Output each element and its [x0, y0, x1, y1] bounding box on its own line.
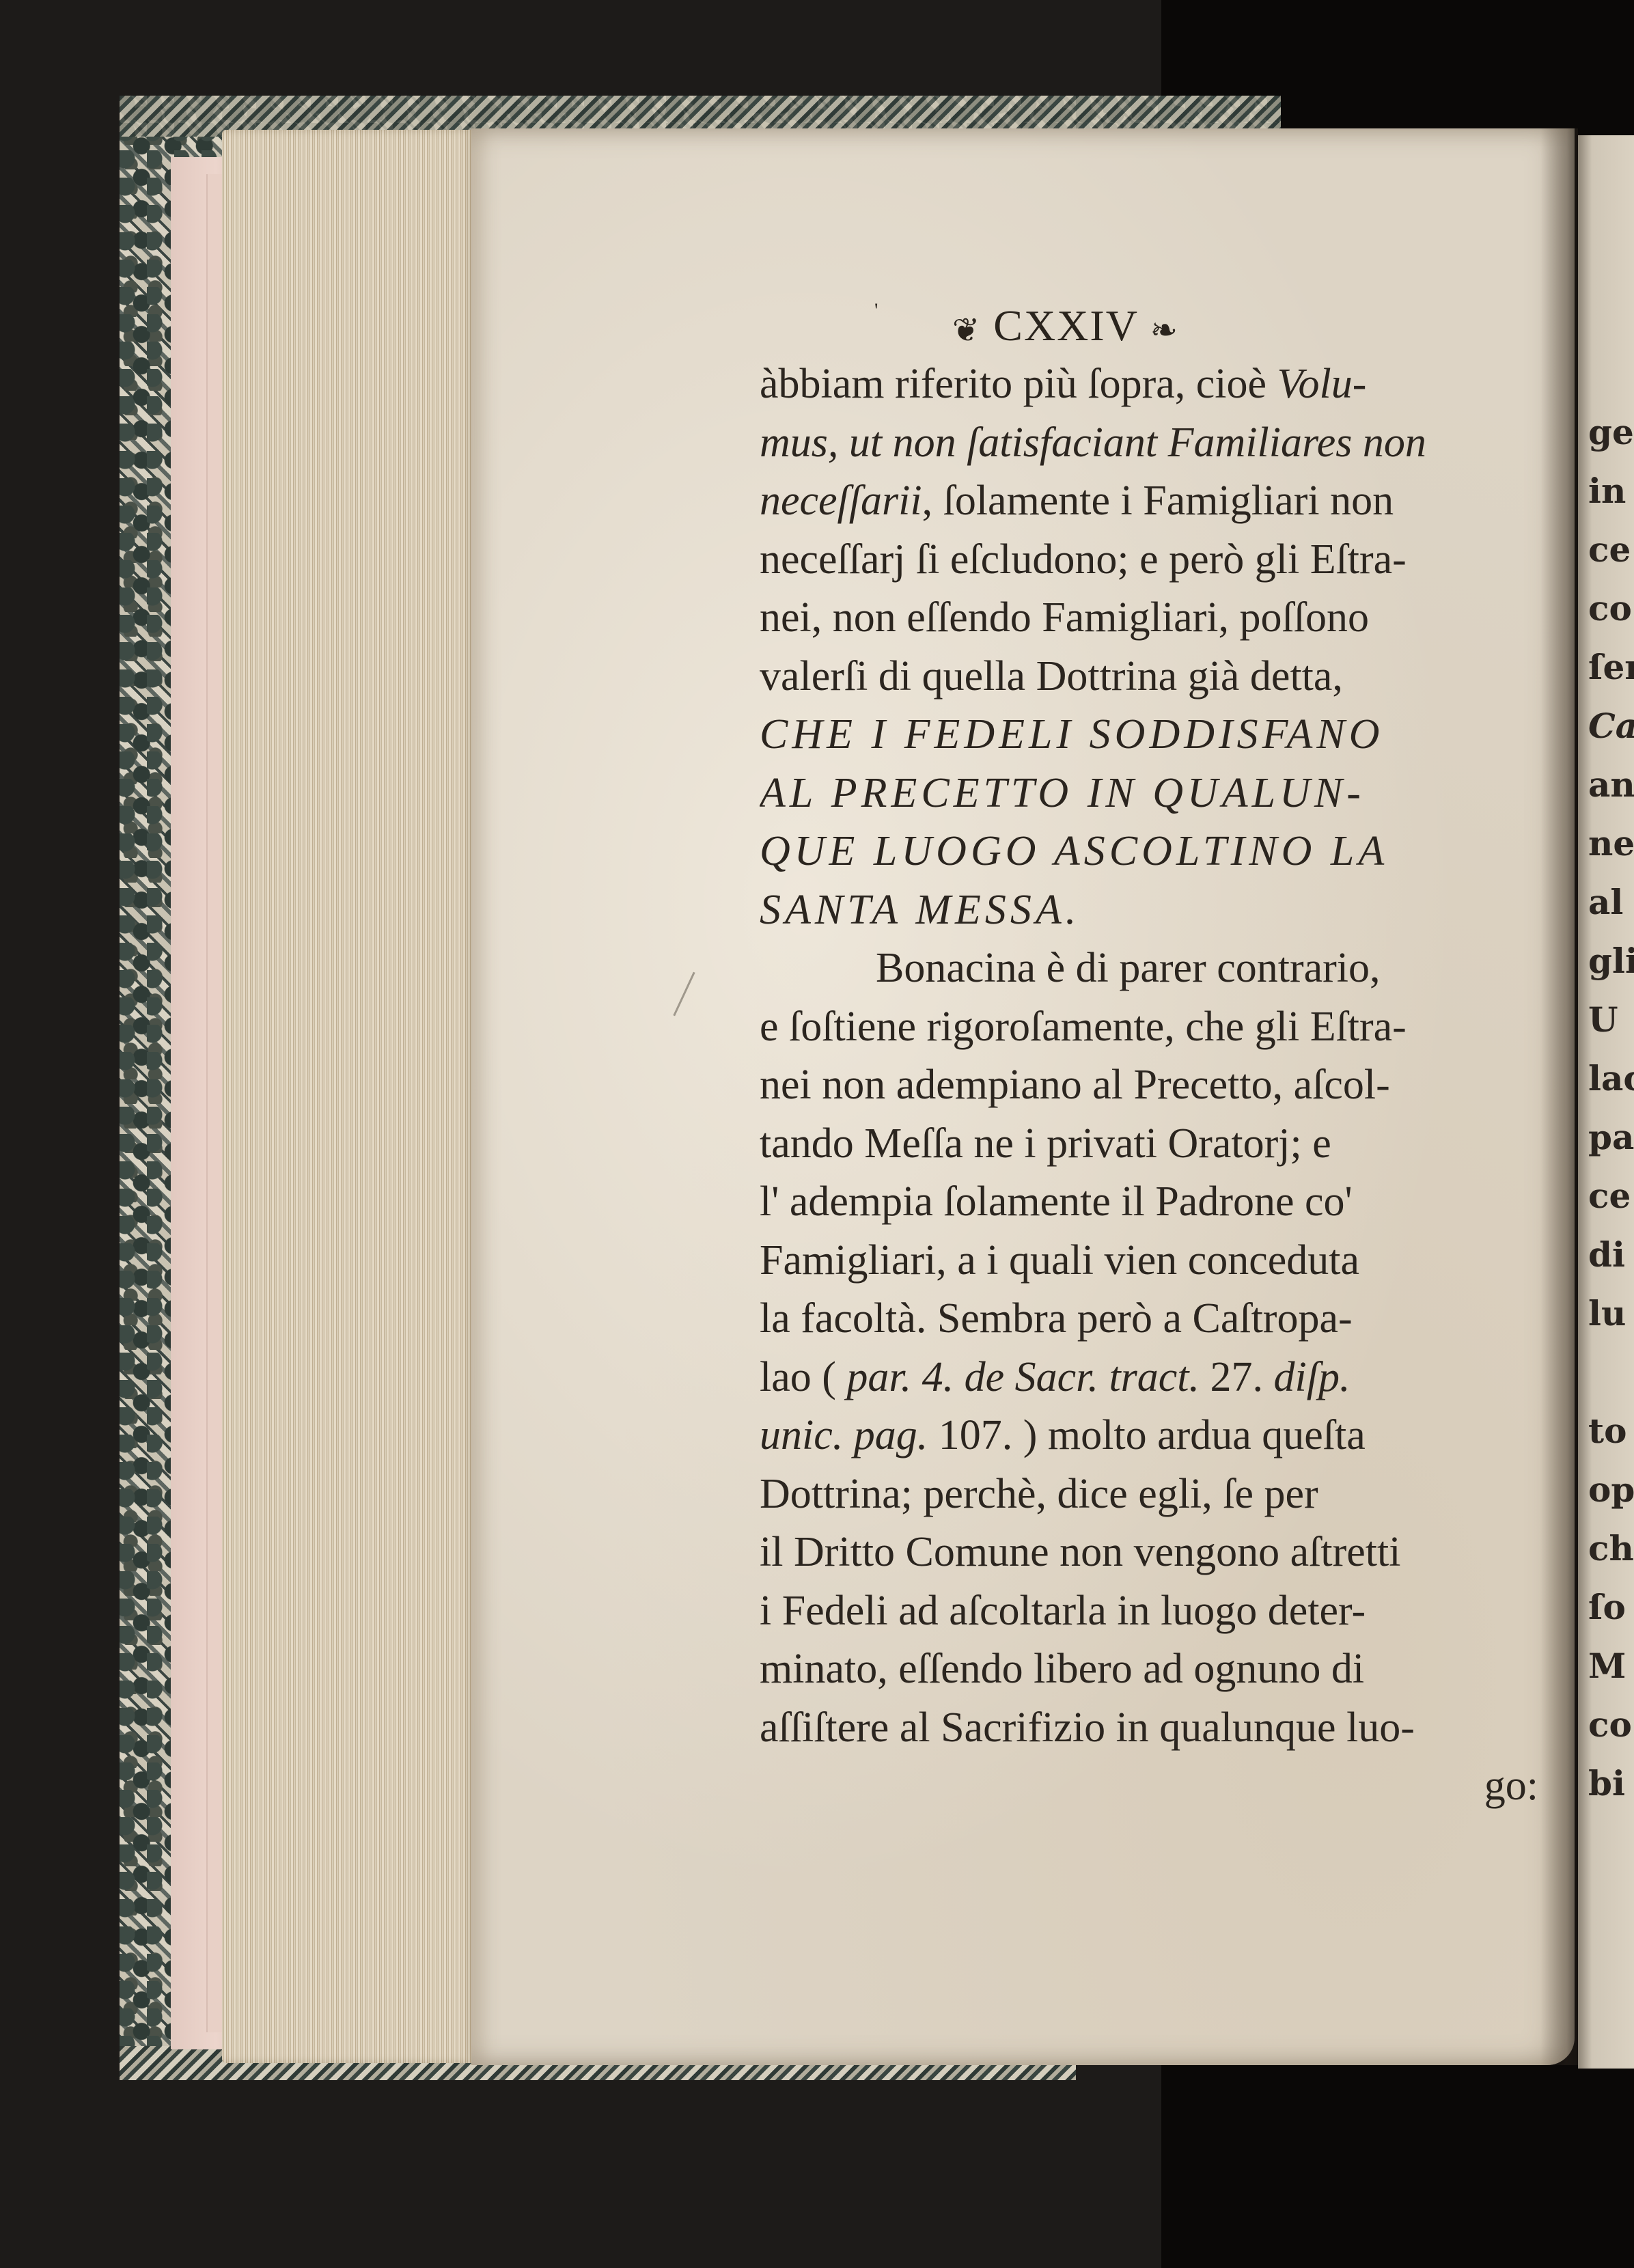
printer-mark: ': [874, 299, 879, 322]
text-line: minato, eſſendo libero ad ognuno di: [760, 1640, 1566, 1699]
text-line: aſſiſtere al Sacrifizio in qualunque luo…: [760, 1699, 1566, 1758]
text-line: e ſoſtiene rigoroſamente, che gli Eſtra-: [760, 998, 1566, 1057]
body-text: àbbiam riferito più ſopra, cioè Volu- mu…: [760, 355, 1566, 1816]
text-line: il Dritto Comune non vengono aſtretti: [760, 1523, 1566, 1582]
facing-page-text: ge in ce co ſer Ca an nei al gli U lac p…: [1588, 403, 1634, 1813]
text-line: nei, non eſſendo Famigliari, poſſono: [760, 589, 1566, 648]
fore-edge-page-block: [222, 130, 475, 2063]
paragraph-start: Bonacina è di parer contrario,: [760, 939, 1566, 998]
page-number: CXXIV: [993, 301, 1138, 350]
emphasis-line: QUE LUOGO ASCOLTINO LA: [760, 822, 1566, 881]
ornament-left-icon: ❦: [952, 312, 981, 348]
emphasis-line: CHE I FEDELI SODDISFANO: [760, 706, 1566, 764]
text-line: neceſſarii, ſolamente i Famigliari non: [760, 472, 1566, 531]
text-line: valerſi di quella Dottrina già detta,: [760, 648, 1566, 706]
text-line: la facoltà. Sembra però a Caſtropa-: [760, 1290, 1566, 1349]
catchword: go:: [760, 1757, 1566, 1816]
ornament-right-icon: ❧: [1150, 312, 1179, 348]
text-line: l' adempia ſolamente il Padrone co': [760, 1173, 1566, 1232]
text-line: mus, ut non ſatisfaciant Familiares non: [760, 414, 1566, 473]
text-line: Famigliari, a i quali vien conceduta: [760, 1232, 1566, 1290]
page-header: ' ❦ CXXIV ❧: [792, 301, 1339, 348]
text-line: i Fedeli ad aſcoltarla in luogo deter-: [760, 1582, 1566, 1641]
text-line: Dottrina; perchè, dice egli, ſe per: [760, 1465, 1566, 1524]
emphasis-line: SANTA MESSA.: [760, 881, 1566, 940]
text-line: nei non adempiano al Precetto, aſcol-: [760, 1056, 1566, 1115]
text-line: tando Meſſa ne i privati Oratorj; e: [760, 1115, 1566, 1174]
citation-line: unic. pag. 107. ) molto ardua queſta: [760, 1407, 1566, 1465]
emphasis-line: AL PRECETTO IN QUALUN-: [760, 764, 1566, 823]
text-line: neceſſarj ſi eſcludono; e però gli Eſtra…: [760, 531, 1566, 590]
text-line: àbbiam riferito più ſopra, cioè Volu-: [760, 355, 1566, 414]
citation-line: lao ( par. 4. de Sacr. tract. 27. diſp.: [760, 1349, 1566, 1407]
